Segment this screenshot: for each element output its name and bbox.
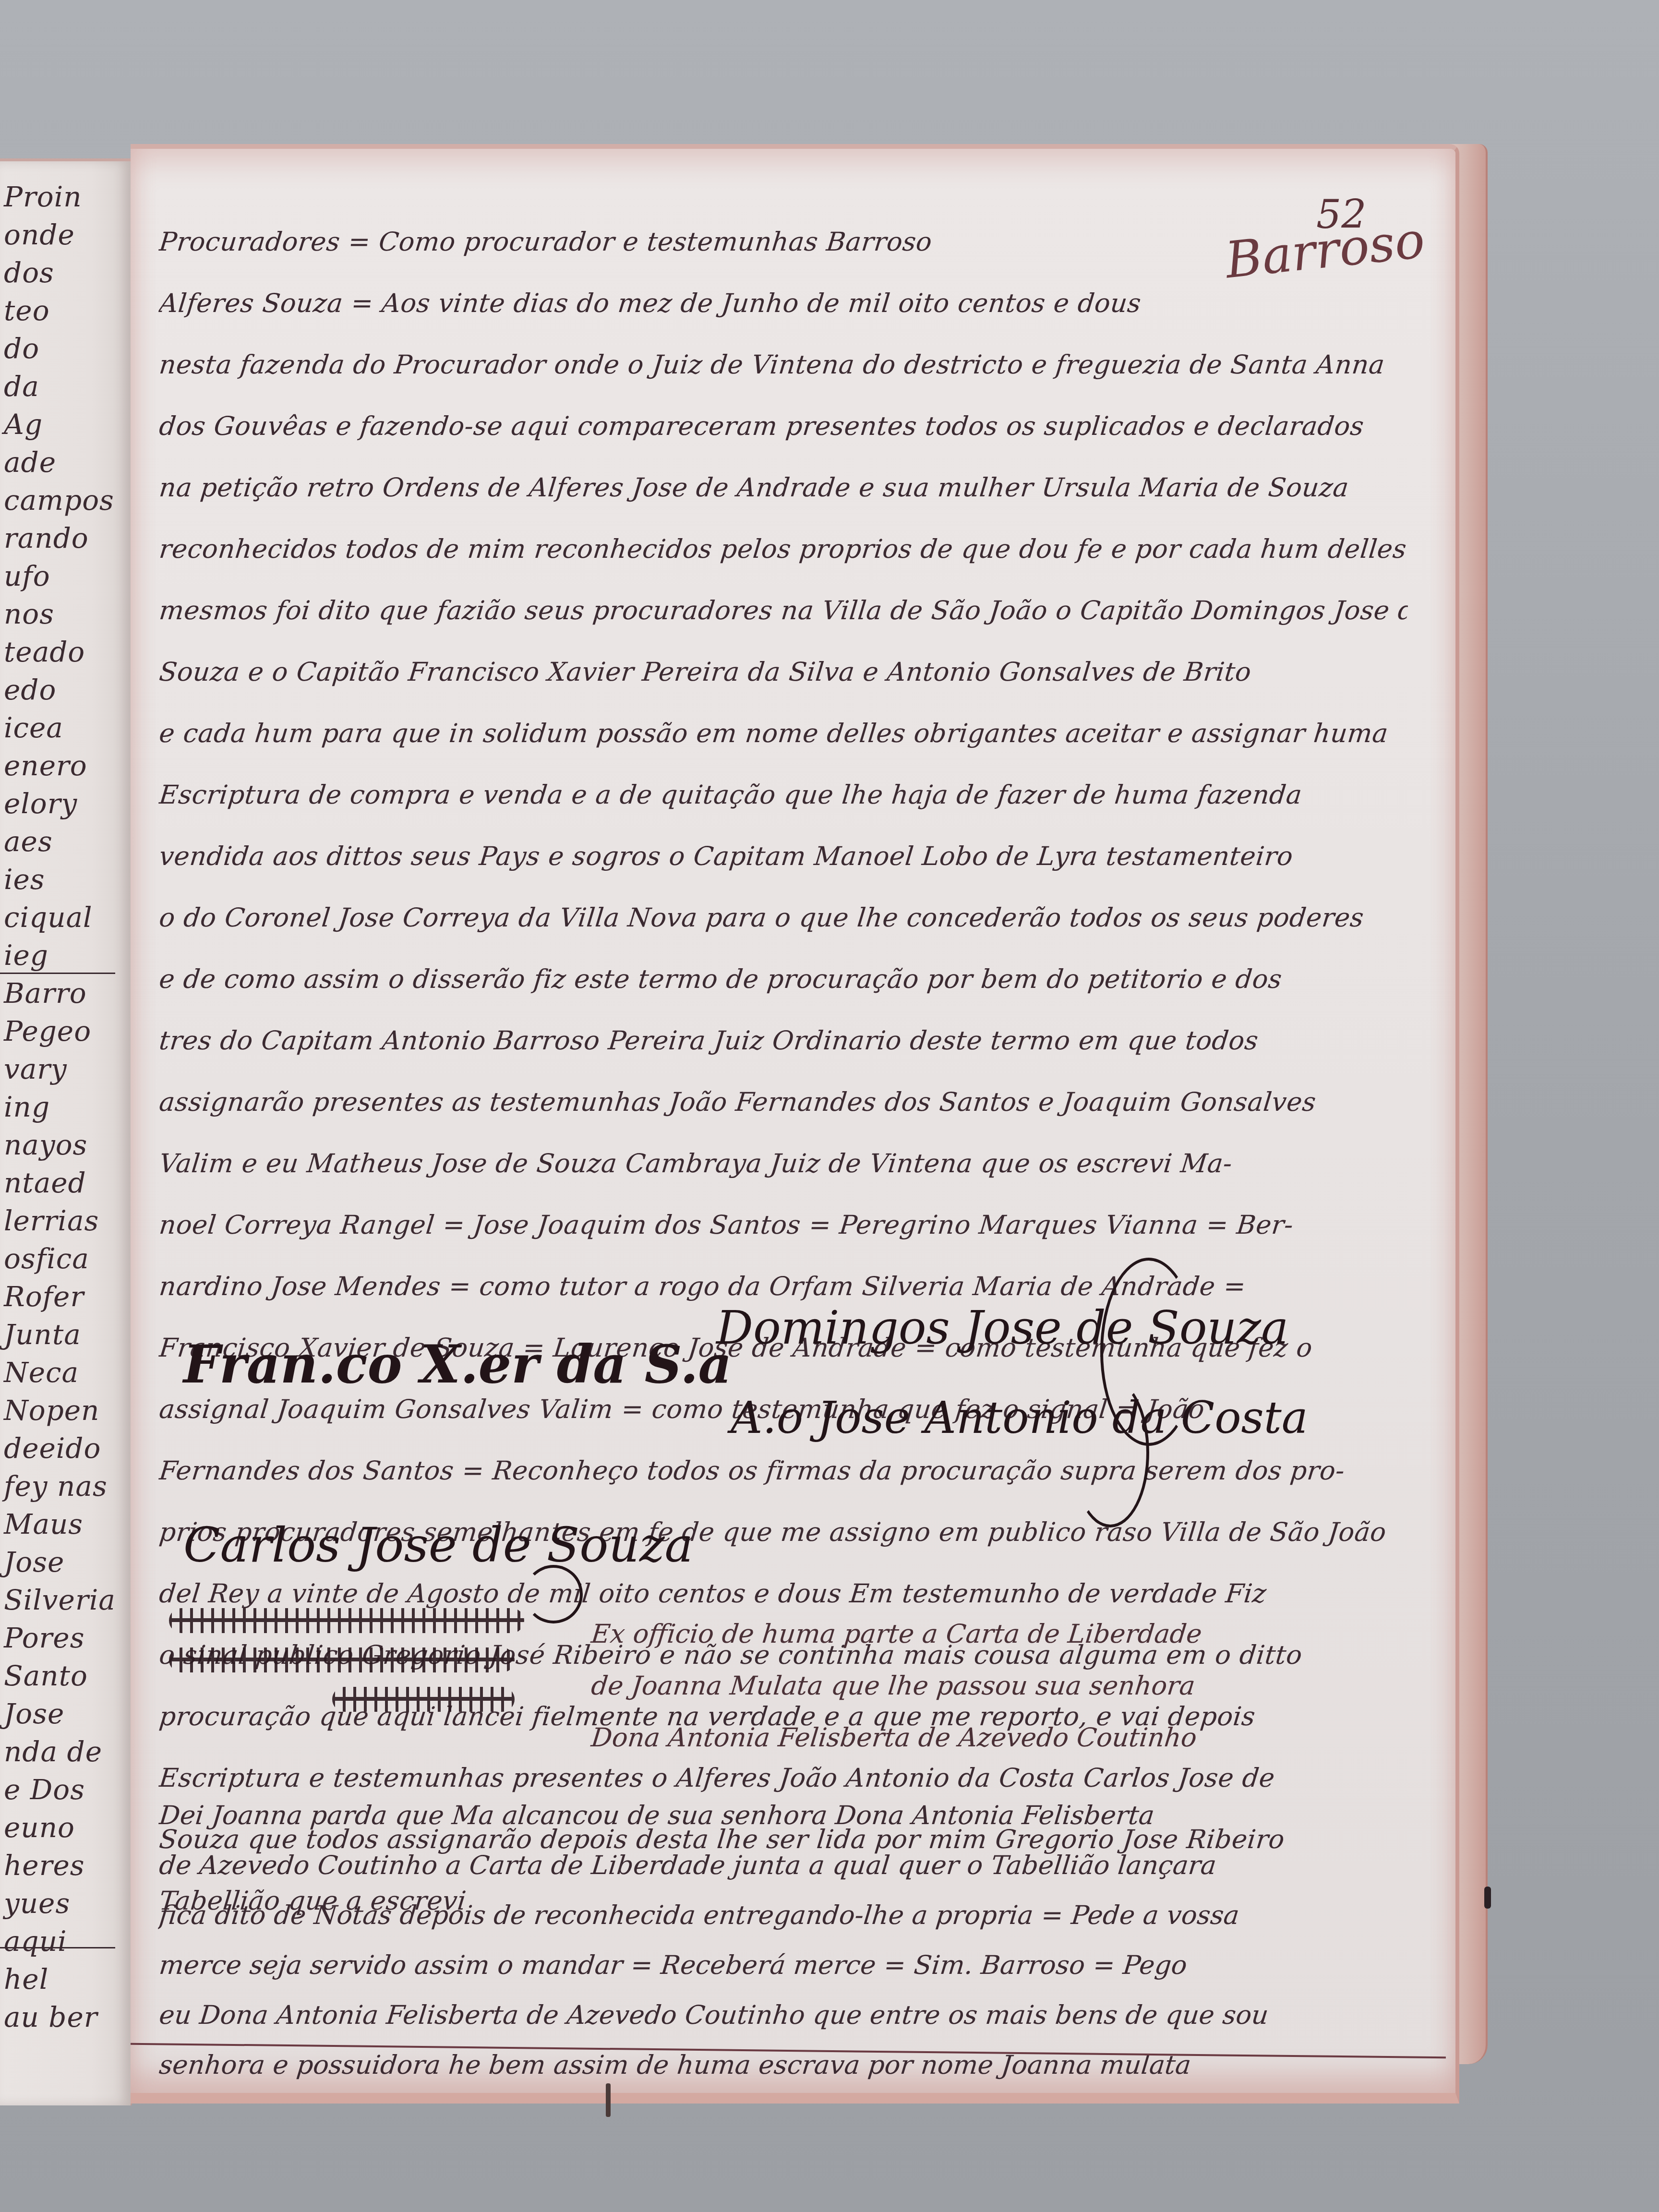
text-line: reconhecidos todos de mim reconhecidos p… bbox=[156, 518, 1410, 580]
left-page-fragment: Rofer bbox=[4, 1280, 84, 1313]
left-page-fragment: Nopen bbox=[4, 1394, 99, 1427]
text-line: Valim e eu Matheus Jose de Souza Cambray… bbox=[156, 1133, 1410, 1194]
left-page-fragment: ntaed bbox=[4, 1166, 86, 1199]
text-line: Procuradores = Como procurador e testemu… bbox=[156, 211, 1410, 273]
left-page-fragment: Silveria bbox=[4, 1584, 116, 1616]
closing-line: eu Dona Antonia Felisberta de Azevedo Co… bbox=[157, 1990, 1430, 2040]
left-page-fragment: au ber bbox=[4, 2001, 98, 2033]
left-page-fragment: nda de bbox=[4, 1735, 102, 1768]
text-line: Alferes Souza = Aos vinte dias do mez de… bbox=[156, 273, 1410, 334]
left-page-fragment: enero bbox=[4, 749, 87, 782]
text-line: na petição retro Ordens de Alferes Jose … bbox=[156, 457, 1410, 518]
left-page-fragment: Jose bbox=[4, 1697, 64, 1730]
text-line: mesmos foi dito que fazião seus procurad… bbox=[156, 580, 1410, 641]
edge-ink-mark bbox=[1484, 1887, 1491, 1909]
left-page-fragment: e Dos bbox=[4, 1773, 85, 1806]
left-page-fragment: yues bbox=[4, 1887, 70, 1920]
left-page-fragment: euno bbox=[4, 1811, 75, 1844]
signature-francisco-xavier: Fran.co X.er da S.a bbox=[183, 1334, 732, 1395]
left-page-fragment: nos bbox=[4, 598, 54, 630]
text-line: tres do Capitam Antonio Barroso Pereira … bbox=[156, 1010, 1410, 1071]
left-page-fragment: aes bbox=[4, 825, 53, 858]
left-page-fragment: Neca bbox=[4, 1356, 79, 1389]
closing-line: Dei Joanna parda que Ma alcancou de sua … bbox=[157, 1791, 1430, 1840]
left-facing-page: ProinondedosteododaAgadecamposrandoufono… bbox=[0, 158, 132, 2105]
left-page-fragment: fey nas bbox=[4, 1470, 108, 1503]
text-line: noel Correya Rangel = Jose Joaquim dos S… bbox=[156, 1194, 1410, 1256]
closing-line: senhora e possuidora he bem assim de hum… bbox=[157, 2040, 1430, 2090]
closing-line: fica dito de Notas depois de reconhecida… bbox=[157, 1890, 1430, 1940]
text-line: Souza e o Capitão Francisco Xavier Perei… bbox=[156, 641, 1410, 703]
binding-thread bbox=[606, 2083, 611, 2117]
signature-carlos-jose-de-souza: Carlos Jose de Souza bbox=[183, 1517, 693, 1573]
annotation-note: Ex officio de huma parte a Carta de Libe… bbox=[591, 1608, 1340, 1764]
signature-jose-antonio-da-costa: A.o Jose Antonio da Costa bbox=[731, 1392, 1308, 1443]
left-page-fragment: elory bbox=[4, 787, 77, 820]
signature-domingos-jose-de-souza: Domingos Jose de Souza bbox=[716, 1301, 1288, 1355]
scribble-line bbox=[332, 1687, 515, 1712]
annotation-line: Dona Antonia Felisberta de Azevedo Couti… bbox=[589, 1712, 1343, 1764]
left-page-fragment: campos bbox=[4, 484, 114, 517]
left-page-fragment: Maus bbox=[4, 1508, 83, 1540]
text-line: assignarão presentes as testemunhas João… bbox=[156, 1071, 1410, 1133]
annotation-line: Ex officio de huma parte a Carta de Libe… bbox=[589, 1608, 1343, 1660]
left-page-fragment: lerrias bbox=[4, 1204, 99, 1237]
left-page-fragment: hel bbox=[4, 1963, 48, 1996]
scribble-line bbox=[169, 1647, 515, 1672]
left-page-fragment: Barro bbox=[4, 977, 87, 1010]
left-page-fragment: do bbox=[4, 332, 39, 365]
left-page-rule bbox=[0, 1947, 115, 1948]
left-page-fragment: Jose bbox=[4, 1546, 64, 1578]
left-page-fragment: ufo bbox=[4, 560, 50, 592]
left-page-fragment: teo bbox=[4, 294, 50, 327]
left-page-fragment: Pores bbox=[4, 1622, 84, 1654]
text-line: o do Coronel Jose Correya da Villa Nova … bbox=[156, 887, 1410, 949]
left-page-fragment: vary bbox=[4, 1053, 67, 1085]
text-line: dos Gouvêas e fazendo-se aqui comparecer… bbox=[156, 396, 1410, 457]
annotation-line: de Joanna Mulata que lhe passou sua senh… bbox=[589, 1660, 1343, 1712]
closing-line: merce seja servido assim o mandar = Rece… bbox=[157, 1940, 1430, 1990]
left-page-fragment: ieg bbox=[4, 939, 48, 972]
left-page-fragment: aqui bbox=[4, 1925, 67, 1958]
left-page-fragment: rando bbox=[4, 522, 89, 554]
left-page-fragment: Pegeo bbox=[4, 1015, 91, 1047]
text-line: nesta fazenda do Procurador onde o Juiz … bbox=[156, 334, 1410, 396]
closing-line: de Azevedo Coutinho a Carta de Liberdade… bbox=[157, 1840, 1430, 1890]
left-page-fragment: edo bbox=[4, 673, 56, 706]
left-page-fragment: teado bbox=[4, 636, 85, 668]
left-page-fragment: da bbox=[4, 370, 39, 403]
left-page-fragment: onde bbox=[4, 218, 75, 251]
text-line: e cada hum para que in solidum possão em… bbox=[156, 703, 1410, 764]
left-page-fragment: ade bbox=[4, 446, 56, 479]
left-page-fragment: deeido bbox=[4, 1432, 101, 1465]
left-page-fragment: ies bbox=[4, 863, 45, 896]
text-line: e de como assim o disserão fiz este term… bbox=[156, 949, 1410, 1010]
left-page-fragment: Proin bbox=[4, 180, 82, 213]
text-line: Escriptura de compra e venda e a de quit… bbox=[156, 764, 1410, 826]
left-page-fragment: Junta bbox=[4, 1318, 81, 1351]
scribble-line bbox=[169, 1608, 524, 1633]
left-page-fragment: Santo bbox=[4, 1659, 88, 1692]
signature-flourish bbox=[1071, 1378, 1149, 1527]
left-page-rule bbox=[0, 973, 115, 974]
manuscript-page: 52 Barroso Procuradores = Como procurado… bbox=[131, 144, 1459, 2104]
left-page-fragment: nayos bbox=[4, 1129, 87, 1161]
left-page-fragment: dos bbox=[4, 256, 54, 289]
left-page-fragment: ciqual bbox=[4, 901, 93, 934]
left-page-fragment: heres bbox=[4, 1849, 85, 1882]
cancelled-lines bbox=[169, 1608, 534, 1726]
left-page-fragment: Ag bbox=[4, 408, 43, 441]
text-line: vendida aos dittos seus Pays e sogros o … bbox=[156, 826, 1410, 887]
left-page-fragment: osfica bbox=[4, 1242, 89, 1275]
left-page-fragment: ing bbox=[4, 1091, 50, 1123]
left-page-fragment: icea bbox=[4, 711, 63, 744]
